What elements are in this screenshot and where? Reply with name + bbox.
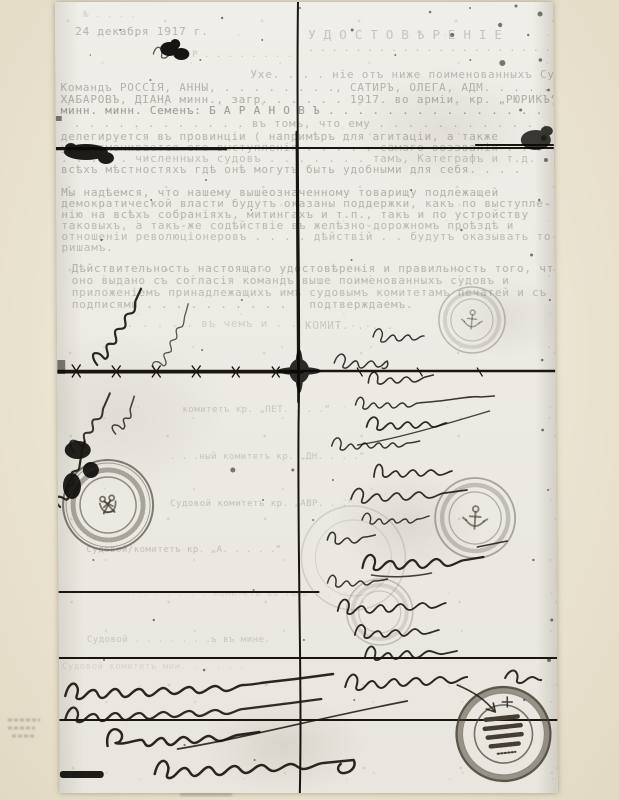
ink-blot-crease-left: [64, 143, 114, 164]
photo-paper: № . . . . 24 декабря 1917 г. . Р . . . .…: [0, 0, 619, 800]
signature-7: [374, 464, 452, 477]
speckles: [89, 5, 554, 762]
anchor-icon: [461, 309, 483, 330]
signature-11-underline: [371, 573, 431, 577]
signature-1: [373, 329, 424, 342]
stamp-crossed-anchors-left: [57, 454, 159, 556]
signature-left-diagonal-2: [150, 302, 194, 374]
signature-left-diagonal-1: [90, 287, 150, 367]
signature-16b: [505, 671, 541, 684]
stamp-anchor-mid-right: [429, 472, 521, 565]
signature-4: [355, 396, 494, 409]
handwritten-note: [65, 674, 513, 778]
note-line-1: [65, 674, 333, 699]
ink-dash-bottom-left: [60, 771, 104, 778]
fold-knot: [277, 349, 321, 393]
anchor-icon: [95, 492, 120, 518]
edge-smudge: [55, 360, 65, 374]
stamp-dark-bottom-right: [452, 682, 556, 785]
anchor-icon: [462, 505, 488, 529]
signature-16: [345, 675, 467, 691]
note-swash: [177, 701, 407, 749]
note-line-4: [155, 760, 355, 778]
signature-5: [367, 417, 447, 430]
ink-overlay: [55, 2, 558, 793]
ink-blot-top: [160, 39, 189, 60]
note-line-2: [65, 699, 321, 722]
stamp-center-text: [484, 716, 524, 755]
signature-6: [332, 438, 420, 450]
document-photo: № . . . . 24 декабря 1917 г. . Р . . . .…: [55, 2, 558, 793]
signature-3: [368, 372, 433, 384]
signature-10: [327, 532, 375, 544]
signature-9: [362, 513, 429, 524]
signature-2: [334, 354, 388, 368]
stamp-anchor-top-right: [439, 287, 505, 353]
ink-blot-right-edge: [521, 126, 553, 150]
edge-tick: [56, 116, 62, 121]
signature-left-diagonal-3: [110, 395, 141, 436]
margin-pencil-marks: [6, 712, 54, 752]
